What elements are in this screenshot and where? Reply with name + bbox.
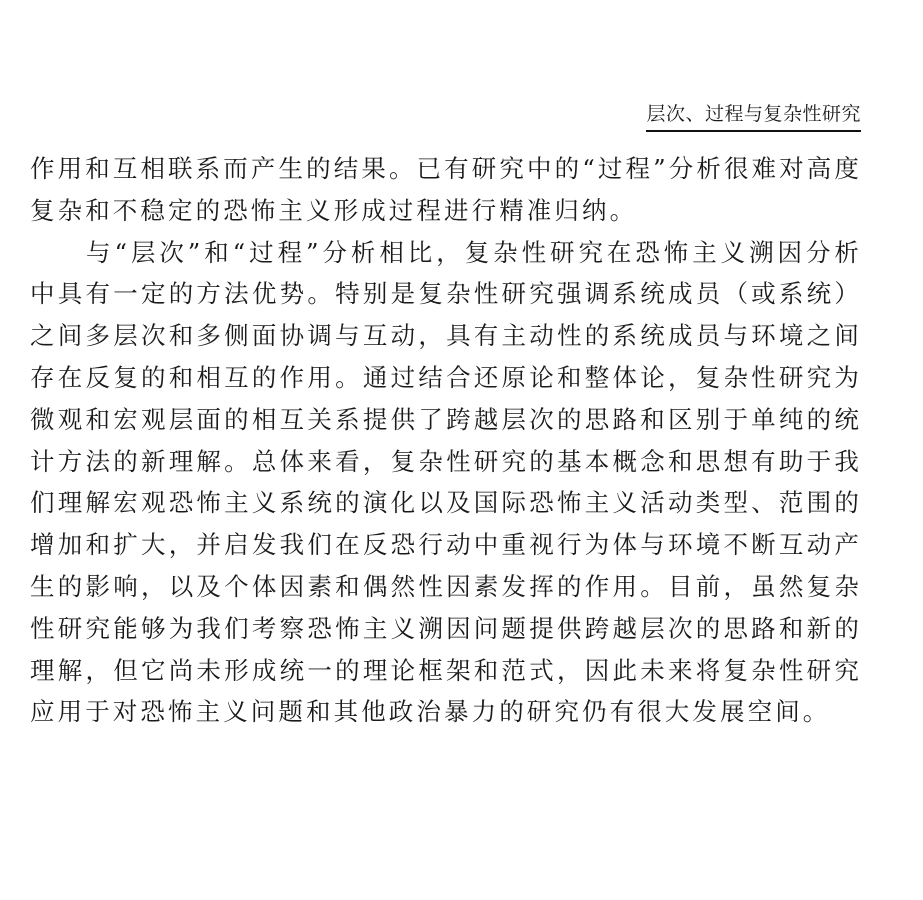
paragraph-continuation: 作用和互相联系而产生的结果。已有研究中的“过程”分析很难对高度复杂和不稳定的恐怖… bbox=[30, 148, 862, 232]
running-header-title: 层次、过程与复杂性研究 bbox=[646, 99, 861, 132]
page-body: 作用和互相联系而产生的结果。已有研究中的“过程”分析很难对高度复杂和不稳定的恐怖… bbox=[30, 148, 862, 733]
paragraph-complexity-research: 与“层次”和“过程”分析相比，复杂性研究在恐怖主义溯因分析中具有一定的方法优势。… bbox=[30, 232, 862, 734]
